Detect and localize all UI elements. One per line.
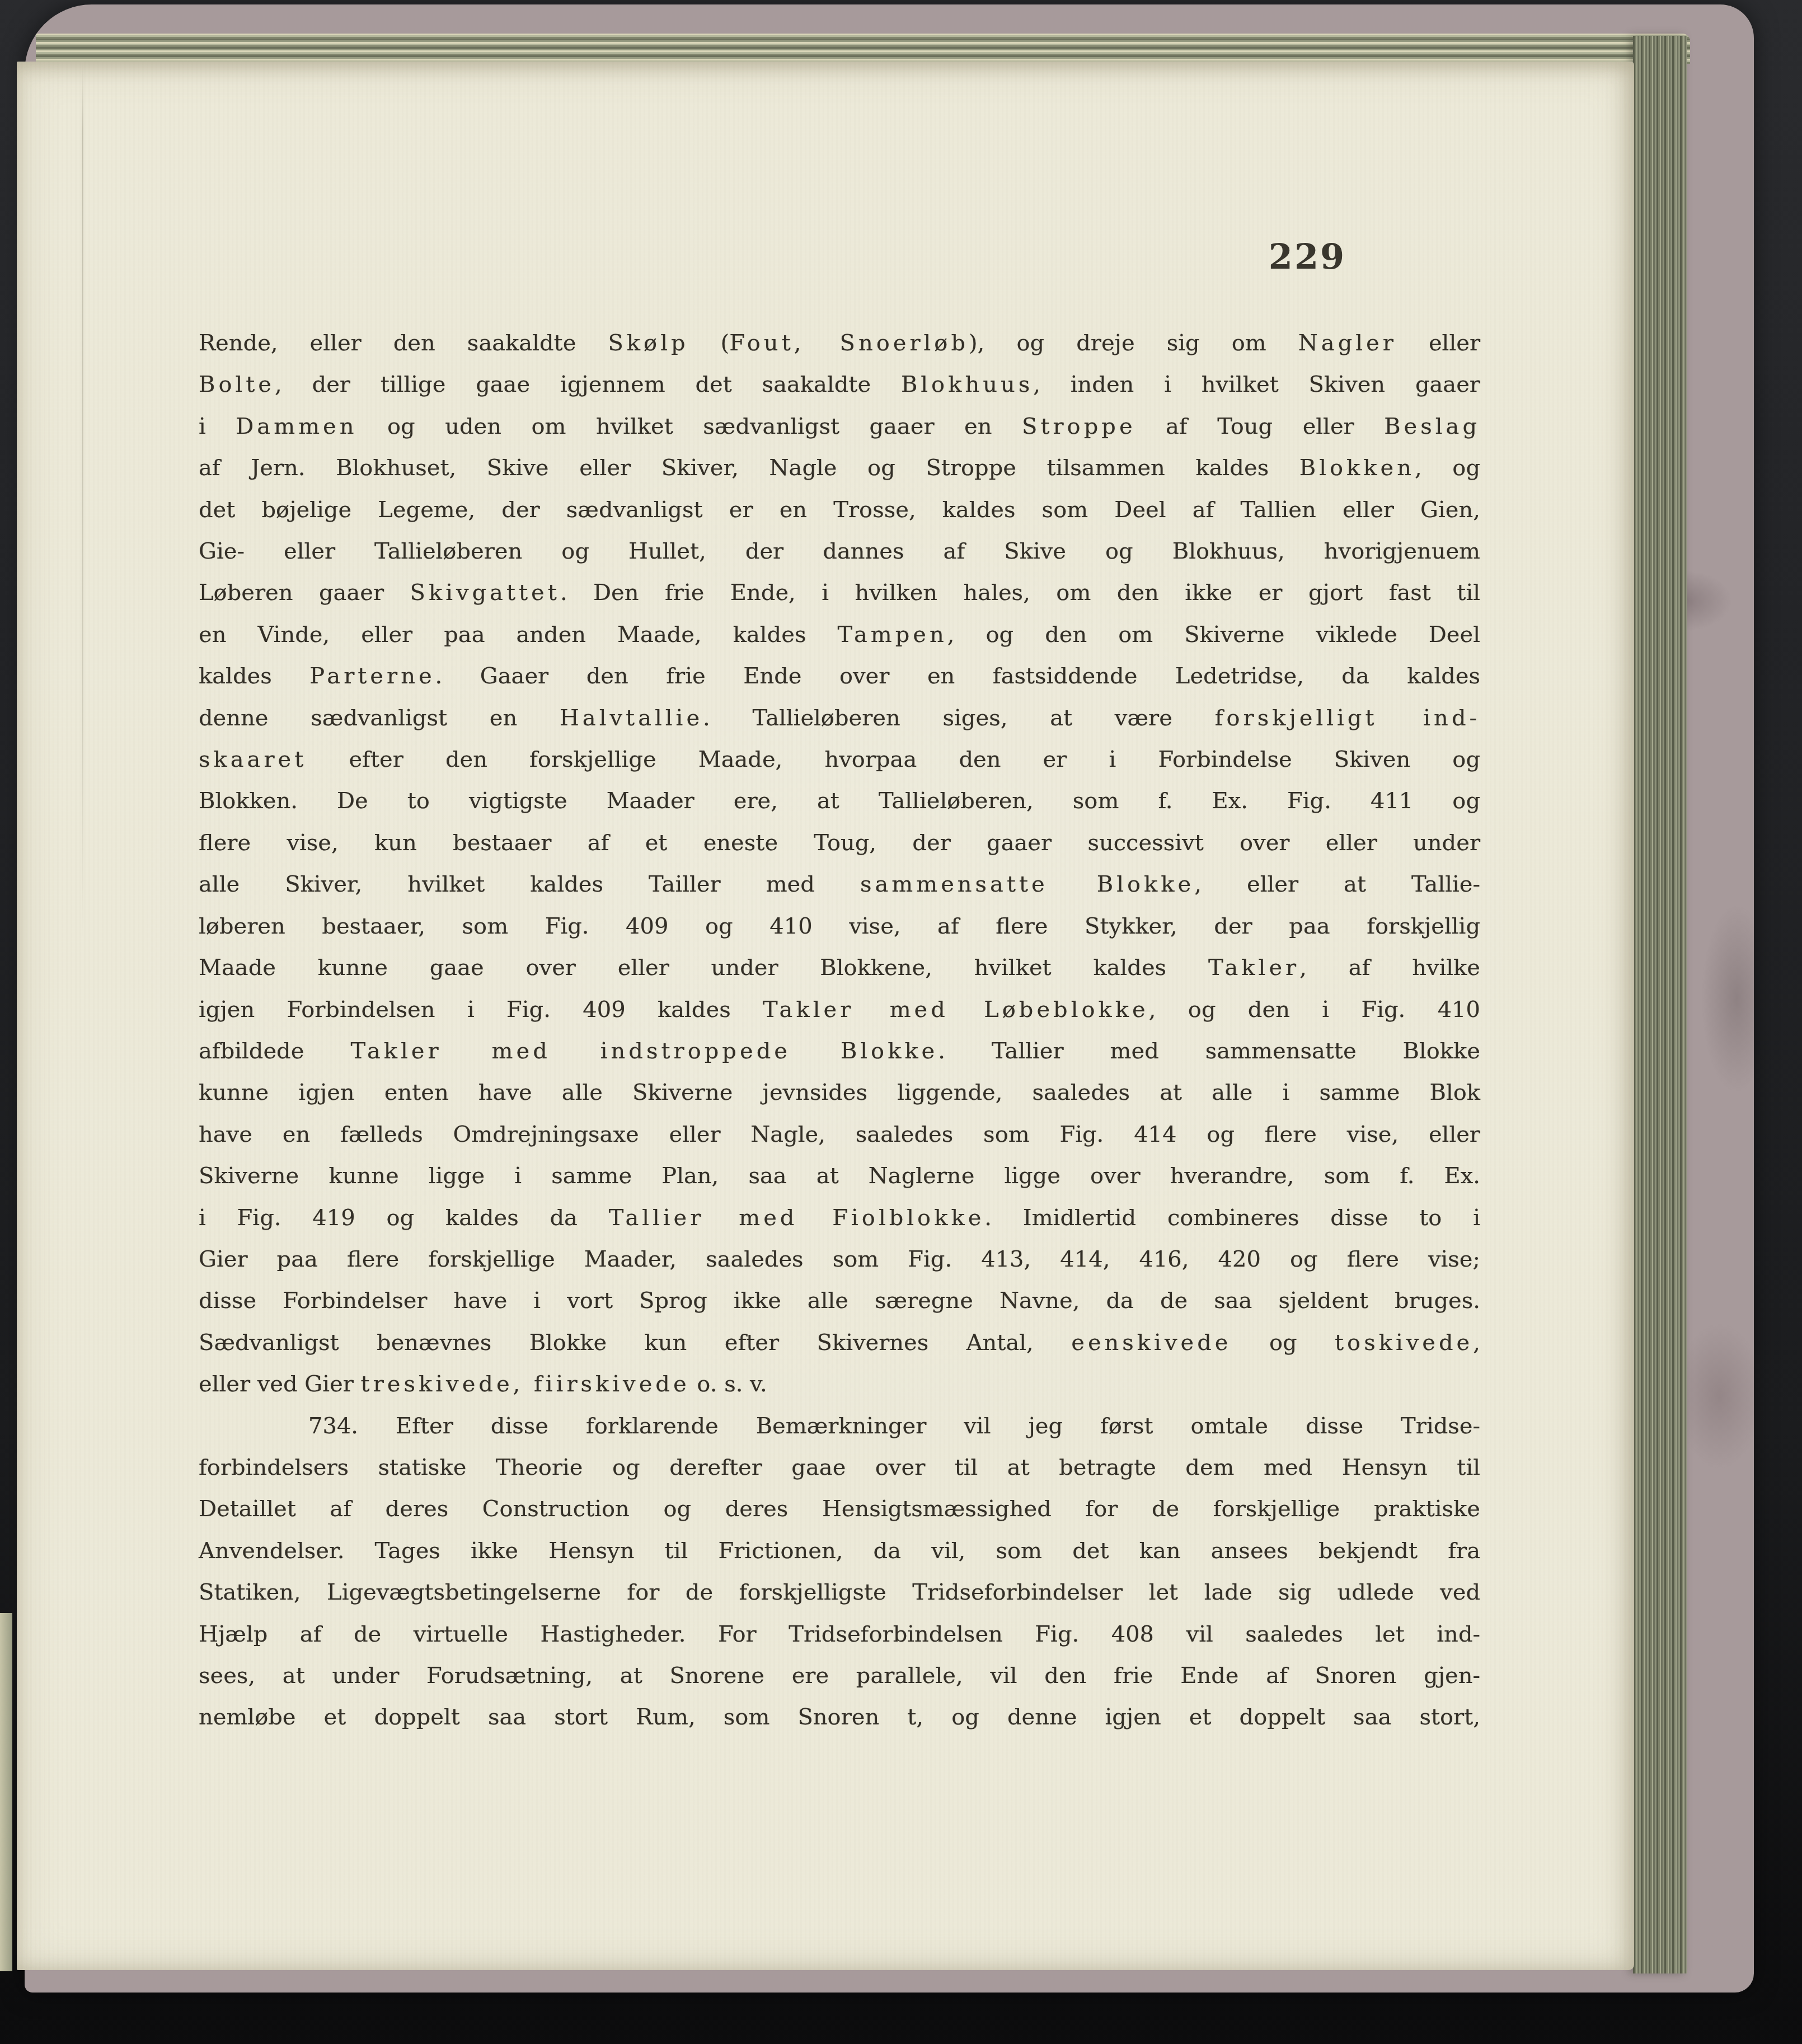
letterspaced-term: Beslag <box>1384 414 1480 439</box>
letterspaced-term: Halvtallie <box>560 705 703 731</box>
page-edges-fore <box>1633 36 1687 1973</box>
text-line: alle Skiver, hvilket kaldes Tailler med … <box>199 864 1480 905</box>
text-run: i <box>199 414 236 439</box>
text-line: det bøjelige Legeme, der sædvanligst er … <box>199 489 1480 531</box>
letterspaced-term: Skivgattet <box>410 580 560 606</box>
text-run: Gie- eller Tallieløberen og Hullet, der … <box>199 538 1480 564</box>
text-run: Maade kunne gaae over eller under Blokke… <box>199 955 1208 981</box>
letterspaced-term: Skølp <box>608 330 688 356</box>
text-run: Detaillet af deres Construction og deres… <box>199 1496 1480 1522</box>
text-line: i Dammen og uden om hvilket sædvanligst … <box>199 406 1480 447</box>
text-line: kunne igjen enten have alle Skiverne jev… <box>199 1072 1480 1113</box>
text-run: Rende, eller den saakaldte <box>199 330 608 356</box>
text-line: eller ved Gier treskivede, fiirskivede o… <box>199 1363 1480 1405</box>
text-run: Gier paa flere forskjellige Maader, saal… <box>199 1246 1480 1272</box>
text-run: og uden om hvilket sædvanligst gaaer en <box>358 414 1022 439</box>
letterspaced-term: eenskivede <box>1071 1330 1231 1356</box>
text-run: igjen Forbindelsen i Fig. 409 kaldes <box>199 997 763 1023</box>
text-line: løberen bestaaer, som Fig. 409 og 410 vi… <box>199 906 1480 947</box>
text-line: forbindelsers statiske Theorie og dereft… <box>199 1447 1480 1488</box>
letterspaced-term: Fout, Snoerløb <box>729 330 969 356</box>
text-line: skaaret efter den forskjellige Maade, hv… <box>199 739 1480 780</box>
text-run: disse Forbindelser have i vort Sprog ikk… <box>199 1288 1480 1314</box>
text-line: Statiken, Ligevægtsbetingelserne for de … <box>199 1572 1480 1613</box>
text-line: denne sædvanligst en Halvtallie. Talliel… <box>199 697 1480 739</box>
text-line: Anvendelser. Tages ikke Hensyn til Frict… <box>199 1530 1480 1572</box>
text-line: en Vinde, eller paa anden Maade, kaldes … <box>199 614 1480 655</box>
letterspaced-term: Nagler <box>1298 330 1397 356</box>
text-line: i Fig. 419 og kaldes da Tallier med Fiol… <box>199 1197 1480 1239</box>
text-line: Løberen gaaer Skivgattet. Den frie Ende,… <box>199 572 1480 613</box>
letterspaced-term: treskivede, fiirskivede <box>361 1371 690 1397</box>
text-run: 734. Efter disse forklarende Bemærkninge… <box>308 1413 1480 1439</box>
text-line: have en fælleds Omdrejningsaxe eller Nag… <box>199 1114 1480 1155</box>
text-run: , og <box>1415 455 1480 481</box>
text-run: , eller at Tallie- <box>1194 871 1480 897</box>
gutter-crease <box>82 62 83 940</box>
text-run: . Gaaer den frie Ende over en fastsidden… <box>435 663 1480 689</box>
letterspaced-term: toskivede <box>1335 1330 1473 1356</box>
text-line: Maade kunne gaae over eller under Blokke… <box>199 947 1480 988</box>
text-run: flere vise, kun bestaaer af et eneste To… <box>199 830 1480 856</box>
text-run: kunne igjen enten have alle Skiverne jev… <box>199 1080 1480 1105</box>
text-run: af Toug eller <box>1136 414 1385 439</box>
letterspaced-term: skaaret <box>199 747 307 772</box>
text-line: af Jern. Blokhuset, Skive eller Skiver, … <box>199 447 1480 489</box>
text-line: sees, at under Forudsætning, at Snorene … <box>199 1655 1480 1696</box>
text-run: have en fælleds Omdrejningsaxe eller Nag… <box>199 1122 1480 1147</box>
text-run: , inden i hvilket Skiven gaaer <box>1033 372 1480 397</box>
letterspaced-term: Tallier med Fiolblokke <box>609 1205 985 1231</box>
text-run: . Tallieløberen siges, at være <box>703 705 1215 731</box>
text-run: Statiken, Ligevægtsbetingelserne for de … <box>199 1579 1480 1605</box>
text-line: igjen Forbindelsen i Fig. 409 kaldes Tak… <box>199 989 1480 1030</box>
page-number: 229 <box>1246 236 1369 277</box>
text-run: Sædvanligst benævnes Blokke kun efter Sk… <box>199 1330 1071 1356</box>
letterspaced-term: sammensatte Blokke <box>860 871 1194 897</box>
text-run: kaldes <box>199 663 309 689</box>
text-run: o. s. v. <box>690 1371 767 1397</box>
text-line: 734. Efter disse forklarende Bemærkninge… <box>199 1405 1480 1447</box>
text-run: , og den om Skiverne viklede Deel <box>947 622 1480 648</box>
text-run: en Vinde, eller paa anden Maade, kaldes <box>199 622 837 648</box>
letterspaced-term: Blokken <box>1299 455 1415 481</box>
text-run: forbindelsers statiske Theorie og dereft… <box>199 1455 1480 1480</box>
text-line: Detaillet af deres Construction og deres… <box>199 1488 1480 1530</box>
text-run: Løberen gaaer <box>199 580 410 606</box>
letterspaced-term: Takler med Løbeblokke <box>763 997 1149 1023</box>
text-line: Rende, eller den saakaldte Skølp (Fout, … <box>199 322 1480 364</box>
text-line: flere vise, kun bestaaer af et eneste To… <box>199 822 1480 864</box>
text-run: alle Skiver, hvilket kaldes Tailler med <box>199 871 860 897</box>
text-run: ( <box>689 330 730 356</box>
text-run: sees, at under Forudsætning, at Snorene … <box>199 1663 1480 1689</box>
text-run: Anvendelser. Tages ikke Hensyn til Frict… <box>199 1538 1480 1564</box>
text-run: . Tallier med sammensatte Blokke <box>938 1038 1480 1064</box>
text-run: ), og dreje sig om <box>969 330 1298 356</box>
text-line: Sædvanligst benævnes Blokke kun efter Sk… <box>199 1322 1480 1363</box>
text-line: Gier paa flere forskjellige Maader, saal… <box>199 1239 1480 1280</box>
text-run: Blokken. De to vigtigste Maader ere, at … <box>199 788 1480 814</box>
text-run: . Imidlertid combineres disse to i <box>984 1205 1480 1231</box>
text-run: , og den i Fig. 410 <box>1149 997 1480 1023</box>
letterspaced-term: Stroppe <box>1022 414 1136 439</box>
text-run: eller <box>1397 330 1480 356</box>
text-run: i Fig. 419 og kaldes da <box>199 1205 609 1231</box>
letterspaced-term: Blokhuus <box>901 372 1033 397</box>
text-line: nemløbe et doppelt saa stort Rum, som Sn… <box>199 1696 1480 1738</box>
text-line: Skiverne kunne ligge i samme Plan, saa a… <box>199 1155 1480 1197</box>
letterspaced-term: forskjelligt ind- <box>1215 705 1480 731</box>
letterspaced-term: Parterne <box>309 663 435 689</box>
text-line: kaldes Parterne. Gaaer den frie Ende ove… <box>199 655 1480 697</box>
book-page: 229 Rende, eller den saakaldte Skølp (Fo… <box>17 62 1634 1970</box>
letterspaced-term: Takler <box>1208 955 1299 981</box>
letterspaced-term: Tampen <box>837 622 947 648</box>
text-run: nemløbe et doppelt saa stort Rum, som Sn… <box>199 1704 1480 1730</box>
text-run: eller ved Gier <box>199 1371 361 1397</box>
text-line: Gie- eller Tallieløberen og Hullet, der … <box>199 531 1480 572</box>
text-run: Hjælp af de virtuelle Hastigheder. For T… <box>199 1621 1480 1647</box>
text-line: afbildede Takler med indstroppede Blokke… <box>199 1030 1480 1072</box>
text-run: af Jern. Blokhuset, Skive eller Skiver, … <box>199 455 1299 481</box>
page-text-body: Rende, eller den saakaldte Skølp (Fout, … <box>199 322 1480 1738</box>
text-run: , af hvilke <box>1299 955 1480 981</box>
text-line: Hjælp af de virtuelle Hastigheder. For T… <box>199 1614 1480 1655</box>
letterspaced-term: Bolte <box>199 372 275 397</box>
text-line: Blokken. De to vigtigste Maader ere, at … <box>199 780 1480 822</box>
letterspaced-term: Dammen <box>236 414 357 439</box>
page-edges-left <box>0 1613 12 1971</box>
text-run: denne sædvanligst en <box>199 705 560 731</box>
text-run: afbildede <box>199 1038 350 1064</box>
text-run: løberen bestaaer, som Fig. 409 og 410 vi… <box>199 913 1480 939</box>
text-run: Skiverne kunne ligge i samme Plan, saa a… <box>199 1163 1480 1189</box>
text-run: det bøjelige Legeme, der sædvanligst er … <box>199 497 1480 523</box>
page-edges-top <box>36 34 1690 64</box>
text-run: , <box>1473 1330 1480 1356</box>
screenshot-root: { "page": { "number": "229", "lines": [ … <box>0 0 1802 2044</box>
letterspaced-term: Takler med indstroppede Blokke <box>350 1038 938 1064</box>
text-line: disse Forbindelser have i vort Sprog ikk… <box>199 1280 1480 1321</box>
text-line: Bolte, der tillige gaae igjennem det saa… <box>199 364 1480 405</box>
text-run: og <box>1231 1330 1335 1356</box>
text-run: . Den frie Ende, i hvilken hales, om den… <box>560 580 1480 606</box>
text-run: efter den forskjellige Maade, hvorpaa de… <box>307 747 1480 772</box>
text-run: , der tillige gaae igjennem det saakaldt… <box>275 372 901 397</box>
